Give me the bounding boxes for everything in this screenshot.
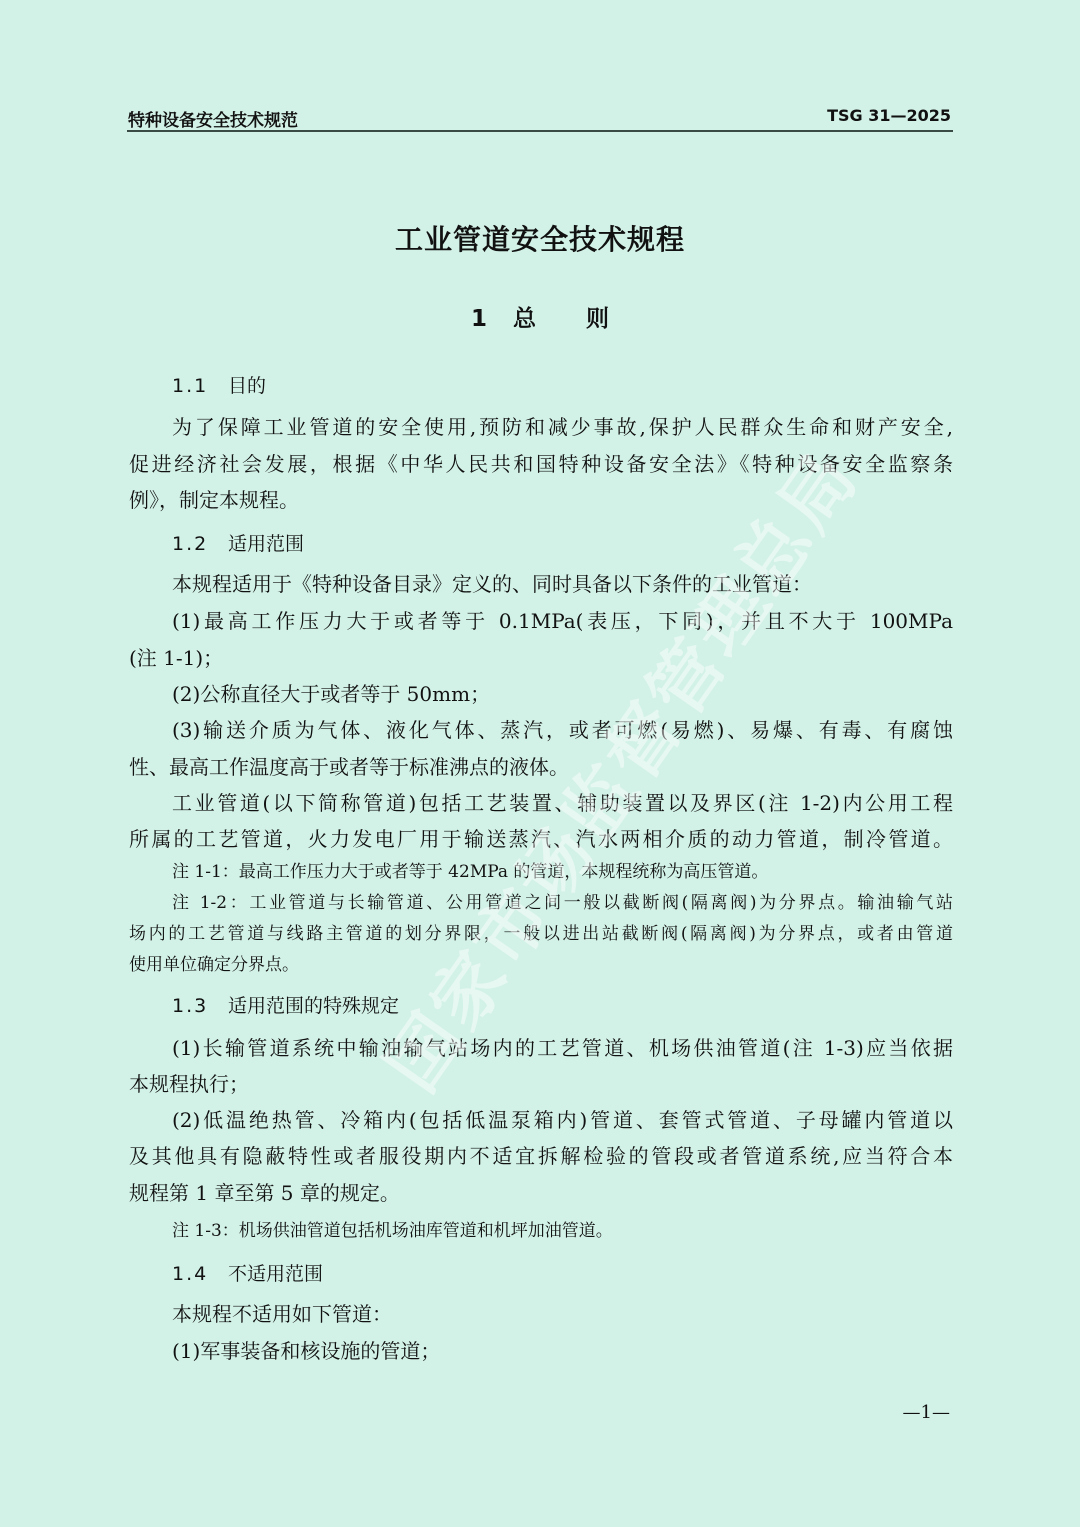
chapter-title-char-1: 总 [513,300,536,333]
section-title: 目的 [228,375,266,397]
chapter-heading: 1总则 [0,300,1080,333]
section-title: 不适用范围 [228,1263,323,1285]
list-item-line: (2)公称直径大于或者等于 50mm； [172,681,953,707]
list-item-line: (注 1-1)； [129,645,953,671]
section-number: 1.1 [172,373,228,399]
section-heading-1-2: 1.2适用范围 [172,531,953,557]
list-item-line: (1)军事装备和核设施的管道； [172,1338,953,1364]
section-heading-1-3: 1.3适用范围的特殊规定 [172,993,953,1019]
list-item-line: 及其他具有隐蔽特性或者服役期内不适宜拆解检验的管段或者管道系统,应当符合本 [129,1143,953,1169]
header-standard-code: TSG 31—2025 [827,106,951,125]
section-title: 适用范围的特殊规定 [228,995,399,1017]
list-item-line: (1)长输管道系统中输油输气站场内的工艺管道、机场供油管道(注 1-3)应当依据 [172,1035,953,1061]
paragraph-line: 工业管道(以下简称管道)包括工艺装置、辅助装置以及界区(注 1-2)内公用工程 [172,790,953,816]
note-line: 注 1-3：机场供油管道包括机场油库管道和机坪加油管道。 [172,1218,953,1244]
document-title: 工业管道安全技术规程 [0,218,1080,258]
paragraph-line: 促进经济社会发展，根据《中华人民共和国特种设备安全法》《特种设备安全监察条 [129,451,953,477]
section-heading-1-4: 1.4不适用范围 [172,1261,953,1287]
list-item-line: 性、最高工作温度高于或者等于标准沸点的液体。 [129,754,953,780]
paragraph-line: 本规程不适用如下管道： [172,1301,953,1327]
note-line: 场内的工艺管道与线路主管道的划分界限，一般以进出站截断阀(隔离阀)为分界点，或者… [129,921,953,947]
paragraph-line: 为了保障工业管道的安全使用,预防和减少事故,保护人民群众生命和财产安全, [172,414,953,440]
list-item-line: 规程第 1 章至第 5 章的规定。 [129,1180,953,1206]
note-line: 注 1-2：工业管道与长输管道、公用管道之间一般以截断阀(隔离阀)为分界点。输油… [172,890,953,916]
header-series-title: 特种设备安全技术规范 [128,106,298,131]
list-item-line: (1)最高工作压力大于或者等于 0.1MPa(表压，下同)，并且不大于 100M… [172,608,953,634]
list-item-line: 本规程执行； [129,1071,953,1097]
chapter-title-char-2: 则 [586,300,609,333]
chapter-number: 1 [471,306,487,332]
section-number: 1.4 [172,1261,228,1287]
section-title: 适用范围 [228,533,304,555]
section-heading-1-1: 1.1目的 [172,373,953,399]
section-number: 1.3 [172,993,228,1019]
list-item-line: (2)低温绝热管、冷箱内(包括低温泵箱内)管道、套管式管道、子母罐内管道以 [172,1107,953,1133]
list-item-line: (3)输送介质为气体、液化气体、蒸汽，或者可燃(易燃)、易爆、有毒、有腐蚀 [172,717,953,743]
paragraph-line: 本规程适用于《特种设备目录》定义的、同时具备以下条件的工业管道： [172,571,953,597]
section-number: 1.2 [172,531,228,557]
paragraph-line: 例》，制定本规程。 [129,487,953,513]
page-number: —1— [903,1402,950,1423]
running-header: 特种设备安全技术规范 TSG 31—2025 [127,104,953,132]
paragraph-line: 所属的工艺管道，火力发电厂用于输送蒸汽、汽水两相介质的动力管道，制冷管道。 [129,826,953,852]
note-line: 注 1-1：最高工作压力大于或者等于 42MPa 的管道，本规程统称为高压管道。 [172,859,953,885]
note-line: 使用单位确定分界点。 [129,952,953,978]
